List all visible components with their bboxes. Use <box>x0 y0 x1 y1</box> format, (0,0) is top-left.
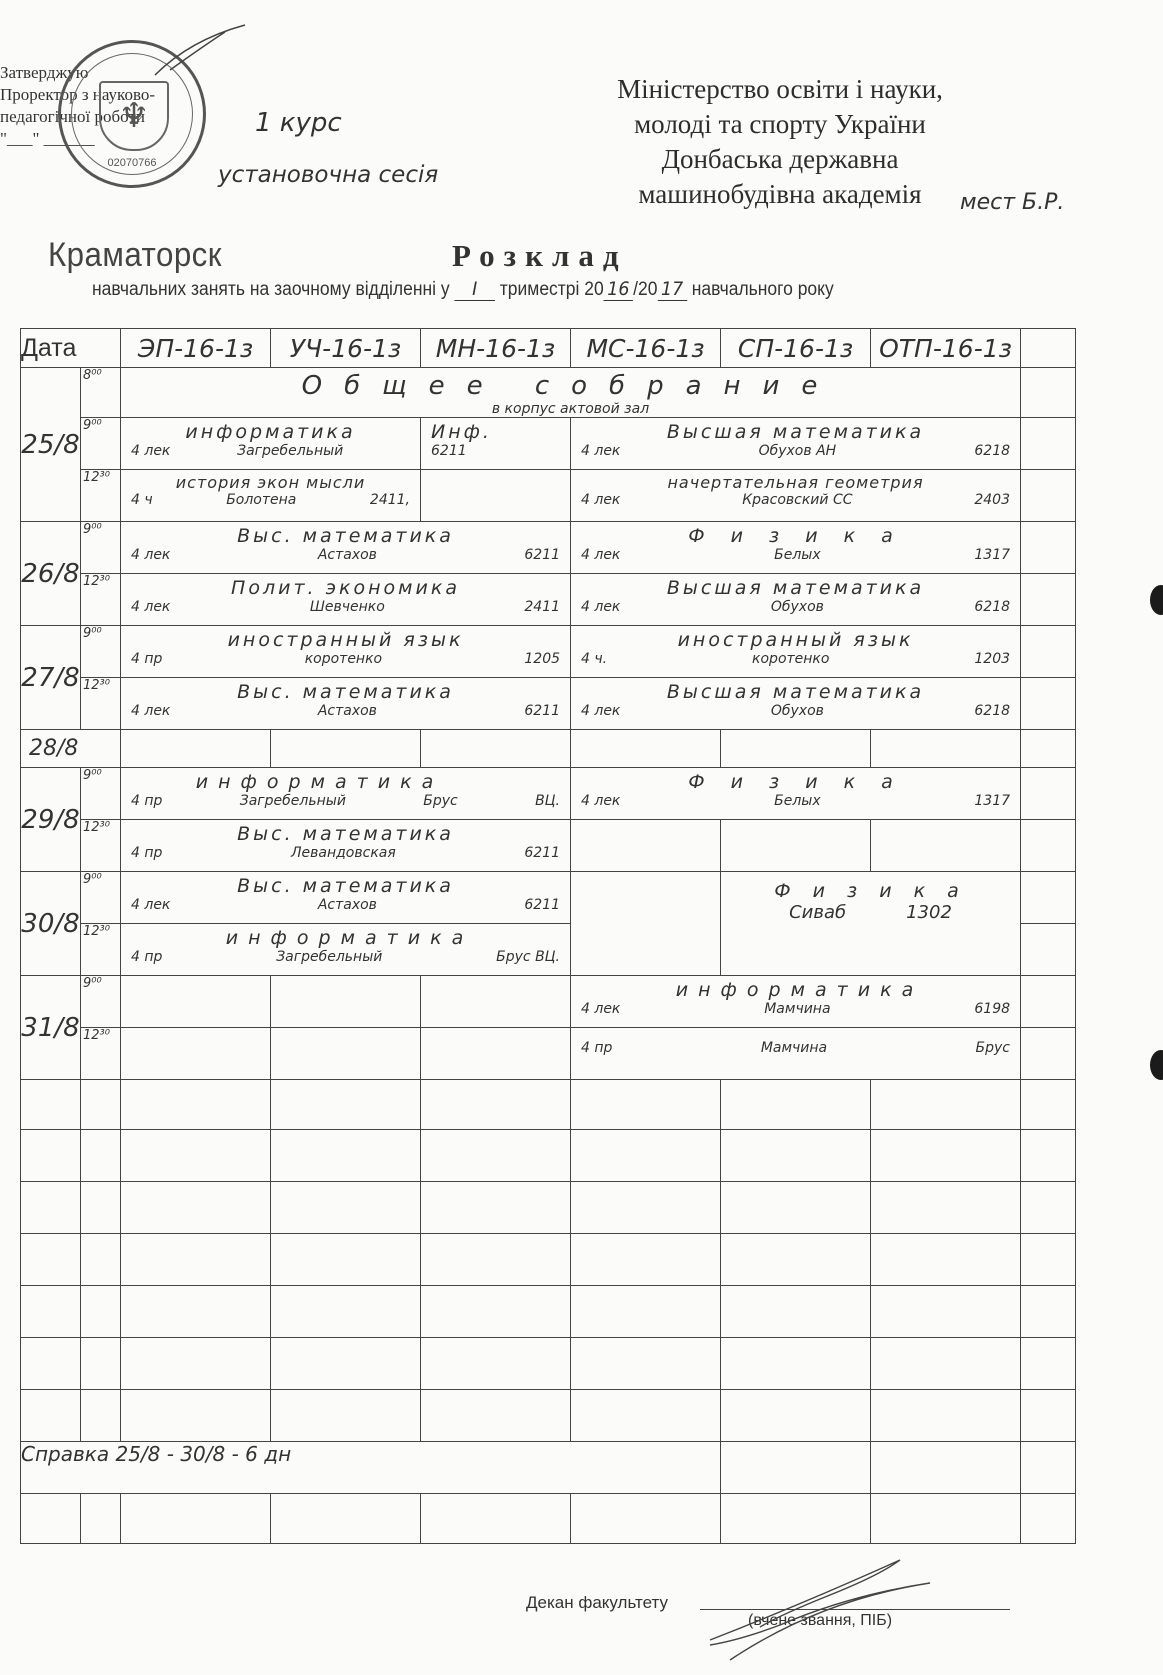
ministry-line: Донбаська державна <box>560 142 1000 177</box>
lesson-subject: Инф. <box>421 418 570 443</box>
time-cell: 8⁰⁰ <box>81 368 121 418</box>
lesson-teacher: Загребельный <box>240 793 346 809</box>
header-group: МС-16-1з <box>571 329 721 368</box>
empty-row <box>21 1130 1076 1182</box>
empty-row <box>21 1338 1076 1390</box>
header-extra <box>1021 329 1076 368</box>
lesson-cell <box>271 976 421 1028</box>
lesson-room: 6211 <box>524 547 560 563</box>
lesson-subject: Высшая математика <box>571 418 1020 443</box>
lesson-subject: Ф и з и к а <box>571 768 1020 793</box>
table-row: 12³⁰ Выс. математика 4 лекАстахов6211 Вы… <box>21 678 1076 730</box>
extra-cell <box>1021 924 1076 976</box>
time-cell: 9⁰⁰ <box>81 976 121 1028</box>
lesson-cell: иностранный язык 4 ч.коротенко1203 <box>571 626 1021 678</box>
lesson-room: 6218 <box>974 703 1010 719</box>
date-cell: 31/8 <box>21 976 81 1080</box>
lesson-subject: Выс. математика <box>121 678 570 703</box>
lesson-cell: Высшая математика 4 лекОбухов6218 <box>571 678 1021 730</box>
lesson-subject: Высшая математика <box>571 574 1020 599</box>
empty-row <box>21 1494 1076 1544</box>
lesson-subject: иностранный язык <box>571 626 1020 651</box>
lesson-room: 6211 <box>524 897 560 913</box>
table-row: 25/8 8⁰⁰ Общее собрание в корпус актовой… <box>21 368 1076 418</box>
table-row: 31/8 9⁰⁰ и н ф о р м а т и к а 4 лекМамч… <box>21 976 1076 1028</box>
year1-field: 16 <box>604 278 633 301</box>
lesson-subject: Ф и з и к а <box>571 522 1020 547</box>
header-group: СП-16-1з <box>721 329 871 368</box>
lesson-cell: иностранный язык 4 пркоротенко1205 <box>121 626 571 678</box>
punch-hole <box>1150 585 1163 615</box>
lesson-teacher: Астахов <box>318 547 377 563</box>
table-row: 29/8 9⁰⁰ и н ф о р м а т и к а 4 прЗагре… <box>21 768 1076 820</box>
ministry-header: Міністерство освіти і науки, молоді та с… <box>560 72 1000 212</box>
lesson-subject: и н ф о р м а т и к а <box>571 976 1020 1001</box>
lesson-cell: Инф. 6211 <box>421 418 571 470</box>
lesson-type: 4 пр <box>131 793 162 809</box>
subtitle-sep: /20 <box>633 279 657 300</box>
lesson-cell: Общее собрание в корпус актовой зал <box>121 368 1021 418</box>
time-cell: 9⁰⁰ <box>81 418 121 470</box>
lesson-subject: информатика <box>121 418 420 443</box>
lesson-room: 1317 <box>974 793 1010 809</box>
table-row: 12³⁰ 4 прМамчинаБрус <box>21 1028 1076 1080</box>
lesson-cell <box>421 470 571 522</box>
date-cell: 30/8 <box>21 872 81 976</box>
empty-row <box>21 1080 1076 1130</box>
lesson-type: 4 лек <box>581 443 620 459</box>
lesson-subject: Выс. математика <box>121 820 570 845</box>
lesson-cell <box>871 730 1021 768</box>
lesson-cell: начертательная геометрия 4 лекКрасовский… <box>571 470 1021 522</box>
table-row: 12³⁰ история экон мысли 4 чБолотена2411,… <box>21 470 1076 522</box>
empty-row <box>21 1182 1076 1234</box>
date-cell: 25/8 <box>21 368 81 522</box>
dean-signature <box>700 1545 940 1665</box>
lesson-cell: Выс. математика 4 лекАстахов6211 <box>121 678 571 730</box>
ministry-line: Міністерство освіти і науки, <box>560 72 1000 107</box>
time-cell: 9⁰⁰ <box>81 872 121 924</box>
lesson-type: 4 пр <box>131 949 162 965</box>
lesson-subject: Ф и з и к а <box>721 872 1020 902</box>
lesson-extra: ВЦ. <box>535 793 560 809</box>
lesson-cell <box>421 976 571 1028</box>
table-row: 30/8 9⁰⁰ Выс. математика 4 лекАстахов621… <box>21 872 1076 924</box>
lesson-teacher: Загребельный <box>237 443 343 459</box>
lesson-type: 4 лек <box>581 547 620 563</box>
extra-cell <box>1021 470 1076 522</box>
header-group: ОТП-16-1з <box>871 329 1021 368</box>
subtitle-prefix: навчальних занять на заочному відділенні… <box>92 279 450 300</box>
lesson-type: 4 пр <box>131 845 162 861</box>
lesson-type: 4 лек <box>581 703 620 719</box>
extra-cell <box>1021 976 1076 1028</box>
lesson-room: 6198 <box>974 1001 1010 1017</box>
lesson-cell: Выс. математика 4 прЛевандовская6211 <box>121 820 571 872</box>
lesson-room: 2411, <box>370 492 410 508</box>
lesson-cell: Высшая математика 4 лекОбухов6218 <box>571 574 1021 626</box>
lesson-cell <box>121 976 271 1028</box>
extra-cell <box>1021 368 1076 418</box>
lesson-cell: Ф и з и к а 4 лекБелых1317 <box>571 522 1021 574</box>
lesson-cell: Выс. математика 4 лекАстахов6211 <box>121 872 571 924</box>
extra-cell <box>1021 678 1076 730</box>
time-cell: 9⁰⁰ <box>81 626 121 678</box>
lesson-type: 4 лек <box>131 547 170 563</box>
lesson-teacher: Шевченко <box>310 599 385 615</box>
empty-row <box>21 1234 1076 1286</box>
time-cell: 12³⁰ <box>81 470 121 522</box>
lesson-room: 2411 <box>524 599 560 615</box>
lesson-cell <box>571 820 721 872</box>
date-cell: 28/8 <box>21 730 121 768</box>
lesson-subject: Выс. математика <box>121 872 570 897</box>
trimester-field: I <box>454 278 494 301</box>
lesson-type: 4 лек <box>581 492 620 508</box>
lesson-subject: и н ф о р м а т и к а <box>121 768 570 793</box>
lesson-cell: история экон мысли 4 чБолотена2411, <box>121 470 421 522</box>
ministry-line: машинобудівна академія <box>560 177 1000 212</box>
lesson-room: 6211 <box>524 703 560 719</box>
lesson-subject: иностранный язык <box>121 626 570 651</box>
lesson-room: 6211 <box>431 443 467 459</box>
lesson-type: 4 ч <box>131 492 153 508</box>
lesson-room: 1302 <box>906 902 952 923</box>
date-cell: 26/8 <box>21 522 81 626</box>
lesson-type: 4 лек <box>131 443 170 459</box>
lesson-cell <box>271 1028 421 1080</box>
year2-field: 17 <box>657 278 686 301</box>
lesson-teacher: Астахов <box>318 703 377 719</box>
extra-cell <box>1021 418 1076 470</box>
lesson-cell <box>571 730 721 768</box>
lesson-subject: Полит. экономика <box>121 574 570 599</box>
header-group: ЭП-16-1з <box>121 329 271 368</box>
lesson-teacher: Загребельный <box>276 949 382 965</box>
lesson-subject: история экон мысли <box>121 470 420 492</box>
lesson-subject: Общее собрание <box>121 368 1020 401</box>
lesson-cell <box>421 730 571 768</box>
date-cell: 29/8 <box>21 768 81 872</box>
approval-signature <box>150 20 250 80</box>
lesson-subject: Высшая математика <box>571 678 1020 703</box>
subtitle-suffix: навчального року <box>692 279 834 300</box>
lesson-teacher: Сиваб <box>789 902 846 923</box>
table-row: 27/8 9⁰⁰ иностранный язык 4 пркоротенко1… <box>21 626 1076 678</box>
page-title: Розклад <box>452 238 628 274</box>
lesson-cell <box>721 820 871 872</box>
lesson-type: 4 ч. <box>581 651 607 667</box>
table-row: 28/8 <box>21 730 1076 768</box>
lesson-cell: Ф и з и к а Сиваб1302 <box>721 872 1021 976</box>
lesson-teacher: Белых <box>774 547 821 563</box>
extra-cell <box>1021 1028 1076 1080</box>
table-row: 26/8 9⁰⁰ Выс. математика 4 лекАстахов621… <box>21 522 1076 574</box>
reference-row: Справка 25/8 - 30/8 - 6 дн <box>21 1442 1076 1494</box>
lesson-teacher: Мамчина <box>761 1040 827 1056</box>
lesson-cell <box>271 730 421 768</box>
lesson-cell <box>421 1028 571 1080</box>
extra-cell <box>1021 626 1076 678</box>
lesson-note: в корпус актовой зал <box>121 401 1020 417</box>
lesson-room: 6218 <box>974 443 1010 459</box>
lesson-teacher: Левандовская <box>291 845 396 861</box>
lesson-teacher: Красовский СС <box>742 492 852 508</box>
lesson-cell: Полит. экономика 4 лекШевченко2411 <box>121 574 571 626</box>
punch-hole <box>1150 1050 1163 1080</box>
table-row: 9⁰⁰ информатика 4 лекЗагребельный Инф. 6… <box>21 418 1076 470</box>
lesson-cell <box>721 730 871 768</box>
lesson-teacher: Белых <box>774 793 821 809</box>
lesson-subject: начертательная геометрия <box>571 470 1020 492</box>
lesson-teacher: Обухов АН <box>759 443 837 459</box>
lesson-room: Брус <box>976 1040 1010 1056</box>
time-cell: 12³⁰ <box>81 574 121 626</box>
time-cell: 9⁰⁰ <box>81 522 121 574</box>
time-cell: 12³⁰ <box>81 820 121 872</box>
lesson-type: 4 лек <box>581 1001 620 1017</box>
time-cell: 12³⁰ <box>81 1028 121 1080</box>
lesson-room: Брус ВЦ. <box>496 949 560 965</box>
lesson-teacher: Мамчина <box>764 1001 830 1017</box>
lesson-room: 1317 <box>974 547 1010 563</box>
city-label: Краматорск <box>48 236 222 275</box>
lesson-cell <box>871 820 1021 872</box>
dean-label: Декан факультету <box>526 1593 668 1613</box>
lesson-type: 4 лек <box>581 599 620 615</box>
table-row: 12³⁰ Полит. экономика 4 лекШевченко2411 … <box>21 574 1076 626</box>
lesson-cell: 4 прМамчинаБрус <box>571 1028 1021 1080</box>
extra-cell <box>1021 768 1076 820</box>
lesson-cell <box>571 872 721 976</box>
extra-cell <box>1021 522 1076 574</box>
lesson-type: 4 пр <box>581 1040 612 1056</box>
lesson-subject: Выс. математика <box>121 522 570 547</box>
lesson-type: 4 лек <box>131 599 170 615</box>
lesson-type: 4 лек <box>131 703 170 719</box>
header-date: Дата <box>21 329 121 368</box>
session-note: установочна сесія <box>218 162 438 188</box>
extra-cell <box>1021 820 1076 872</box>
lesson-cell: и н ф о р м а т и к а 4 лекМамчина6198 <box>571 976 1021 1028</box>
lesson-room: Бруc <box>423 793 457 809</box>
extra-cell <box>1021 730 1076 768</box>
ministry-line: молоді та спорту України <box>560 107 1000 142</box>
lesson-cell: информатика 4 лекЗагребельный <box>121 418 421 470</box>
lesson-room: 2403 <box>974 492 1010 508</box>
lesson-teacher: Обухов <box>771 599 824 615</box>
lesson-type: 4 пр <box>131 651 162 667</box>
subtitle: навчальних занять на заочному відділенні… <box>92 278 834 301</box>
time-cell: 12³⁰ <box>81 924 121 976</box>
lesson-cell: и н ф о р м а т и к а 4 прЗагребельныйБр… <box>121 924 571 976</box>
lesson-room: 6218 <box>974 599 1010 615</box>
date-cell: 27/8 <box>21 626 81 730</box>
table-row: 12³⁰ Выс. математика 4 прЛевандовская621… <box>21 820 1076 872</box>
lesson-room: 1203 <box>974 651 1010 667</box>
stamp-number: 02070766 <box>61 157 203 169</box>
subtitle-middle: триместрі 20 <box>500 279 604 300</box>
empty-row <box>21 1390 1076 1442</box>
empty-row <box>21 1286 1076 1338</box>
lesson-cell <box>121 1028 271 1080</box>
header-group: УЧ-16-1з <box>271 329 421 368</box>
time-cell: 9⁰⁰ <box>81 768 121 820</box>
extra-cell <box>1021 574 1076 626</box>
lesson-cell <box>121 730 271 768</box>
lesson-teacher: коротенко <box>305 651 382 667</box>
trident-emblem-icon: ♆ <box>99 81 169 151</box>
lesson-teacher: Обухов <box>771 703 824 719</box>
extra-cell <box>1021 872 1076 924</box>
schedule-table: Дата ЭП-16-1з УЧ-16-1з МН-16-1з МС-16-1з… <box>20 328 1076 1544</box>
lesson-cell: Выс. математика 4 лекАстахов6211 <box>121 522 571 574</box>
lesson-teacher: Болотена <box>226 492 296 508</box>
lesson-cell: и н ф о р м а т и к а 4 прЗагребельныйБр… <box>121 768 571 820</box>
lesson-cell: Высшая математика 4 лекОбухов АН6218 <box>571 418 1021 470</box>
lesson-type: 4 лек <box>581 793 620 809</box>
header-group: МН-16-1з <box>421 329 571 368</box>
header-row: Дата ЭП-16-1з УЧ-16-1з МН-16-1з МС-16-1з… <box>21 329 1076 368</box>
lesson-subject: и н ф о р м а т и к а <box>121 924 570 949</box>
time-cell: 12³⁰ <box>81 678 121 730</box>
reference-note: Справка 25/8 - 30/8 - 6 дн <box>21 1442 721 1494</box>
lesson-cell: Ф и з и к а 4 лекБелых1317 <box>571 768 1021 820</box>
course-note: 1 курс <box>255 108 342 138</box>
lesson-room: 1205 <box>524 651 560 667</box>
lesson-teacher: коротенко <box>752 651 829 667</box>
lesson-teacher: Астахов <box>318 897 377 913</box>
lesson-type: 4 лек <box>131 897 170 913</box>
lesson-room: 6211 <box>524 845 560 861</box>
